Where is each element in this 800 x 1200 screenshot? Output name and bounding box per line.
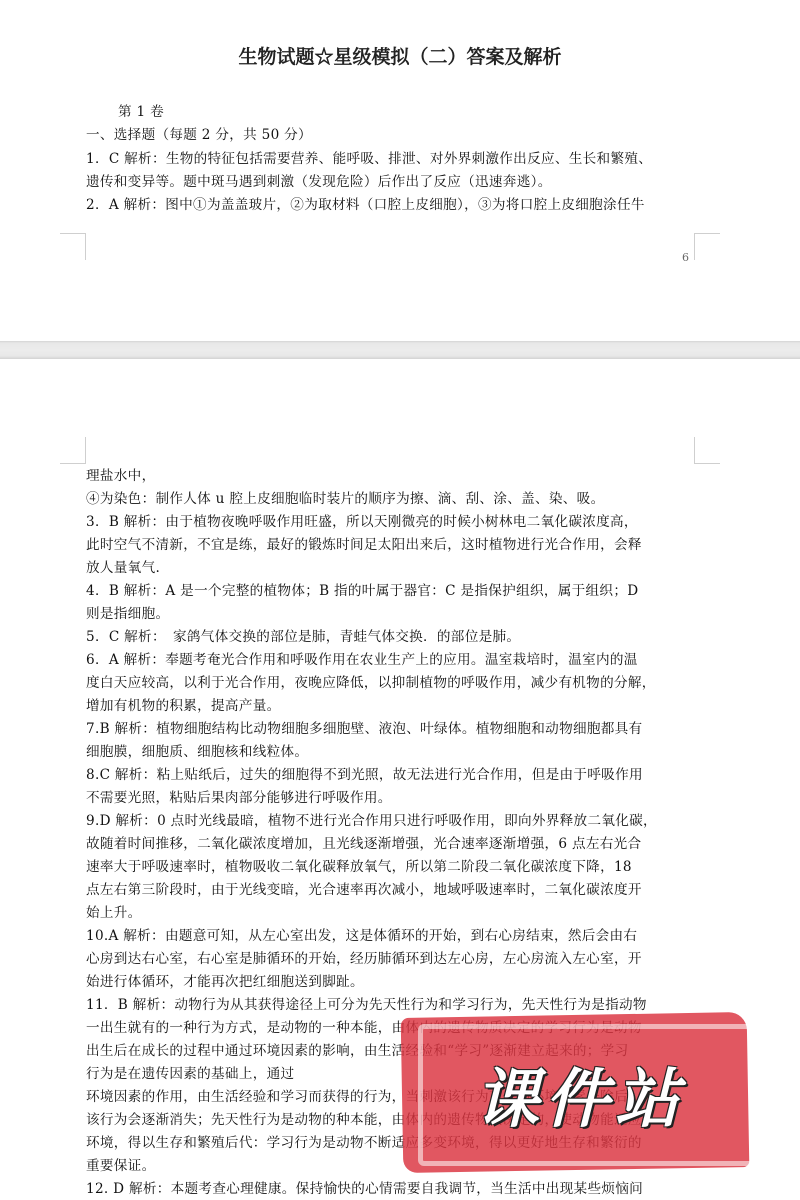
answer-line: 增加有机物的积累，提高产量。 <box>86 695 281 718</box>
answer-line: 始上升。 <box>86 902 142 925</box>
volume-label: 第 1 卷 <box>118 101 164 124</box>
answer-line: 1．C 解析：生物的特征包括需要营养、能呼吸、排泄、对外界刺激作出反应、生长和繁… <box>86 148 652 171</box>
answer-line: 重要保证。 <box>86 1155 155 1178</box>
answer-line: 12. D 解析：本题考查心理健康。保持愉快的心情需要自我调节，当生活中出现某些… <box>86 1178 643 1200</box>
answer-line: 始进行体循环，才能再次把红细胞送到脚趾。 <box>86 971 364 994</box>
margin-corner-mark <box>60 233 86 260</box>
answer-line: 4．B 解析：A 是一个完整的植物体；B 指的叶属于器官：C 是指保护组织，属于… <box>86 580 638 603</box>
answer-line: 不需要光照，粘贴后果肉部分能够进行呼吸作用。 <box>86 787 392 810</box>
answer-line: 11．B 解析：动物行为从其获得途径上可分为先天性行为和学习行为，先天性行为是指… <box>86 994 647 1017</box>
answer-line: 此时空气不清新，不宜是练，最好的锻炼时间足太阳出来后，这时植物进行光合作用，会释 <box>86 534 642 557</box>
answer-line: 度白天应较高，以利于光合作用，夜晚应降低，以抑制植物的呼吸作用，减少有机物的分解… <box>86 672 656 695</box>
answer-line: 遗传和变异等。题中斑马遇到刺激（发现危险）后作出了反应（迅速奔逃）。 <box>86 171 552 194</box>
answer-line: 10.A 解析：由题意可知，从左心室出发，这是体循环的开始，到右心房结束，然后会… <box>86 925 637 948</box>
section-heading: 一、选择题（每题 2 分，共 50 分） <box>86 124 312 147</box>
document-page-1: 生物试题☆星级模拟（二）答案及解析 第 1 卷 一、选择题（每题 2 分，共 5… <box>0 0 800 341</box>
answer-line: 8.C 解析：粘上贴纸后，过失的细胞得不到光照，故无法进行光合作用，但是由于呼吸… <box>86 764 643 787</box>
answer-line: 7.B 解析：植物细胞结构比动物细胞多细胞壁、液泡、叶绿体。植物细胞和动物细胞都… <box>86 718 642 741</box>
answer-line: 2．A 解析：图中①为盖盖玻片，②为取材料（口腔上皮细胞），③为将口腔上皮细胞涂… <box>86 194 645 217</box>
answer-line: ④为染色：制作人体 u 腔上皮细胞临时装片的顺序为擦、滴、刮、涂、盖、染、吸。 <box>86 488 604 511</box>
page-number: 6 <box>682 251 689 264</box>
page-separator <box>0 341 800 359</box>
answer-line: 行为是在遗传因素的基础上，通过 <box>86 1063 294 1086</box>
answer-line: 5．C 解析： 家鸽气体交换的部位是肺，青蛙气体交换．的部位是肺。 <box>86 626 520 649</box>
answer-line: 故随着时间推移，二氧化碳浓度增加，且光线逐渐增强，光合速率逐渐增强，6 点左右光… <box>86 833 641 856</box>
answer-line: 细胞膜，细胞质、细胞核和线粒体。 <box>86 741 308 764</box>
answer-line: 9.D 解析：0 点时光线最暗，植物不进行光合作用只进行呼吸作用，即向外界释放二… <box>86 810 657 833</box>
margin-corner-mark <box>694 233 720 260</box>
answer-line: 速率大于呼吸速率时，植物吸收二氧化碳释放氧气，所以第二阶段二氧化碳浓度下降，18 <box>86 856 632 879</box>
answer-line: 6．A 解析：奉题考奄光合作用和呼吸作用在农业生产上的应用。温室栽培时，温室内的… <box>86 649 638 672</box>
answer-line: 3．B 解析：由于植物夜晚呼吸作用旺盛，所以天刚微亮的时候小树林电二氧化碳浓度高… <box>86 511 638 534</box>
answer-line: 心房到达右心室，右心室是肺循环的开始，经历肺循环到达左心房，左心房流入左心室，开 <box>86 948 642 971</box>
document-title: 生物试题☆星级模拟（二）答案及解析 <box>0 42 800 69</box>
margin-corner-mark <box>694 437 720 464</box>
margin-corner-mark <box>60 437 86 464</box>
watermark-logo-text: 课件站 <box>425 1048 735 1140</box>
answer-line: 点左右第三阶段时，由于光线变暗，光合速率再次减小，地域呼吸速率时，二氧化碳浓度开 <box>86 879 642 902</box>
answer-line: 放人量氧气. <box>86 557 160 580</box>
answer-line: 理盐水中， <box>86 465 155 488</box>
answer-line: 则是指细胞。 <box>86 603 169 626</box>
